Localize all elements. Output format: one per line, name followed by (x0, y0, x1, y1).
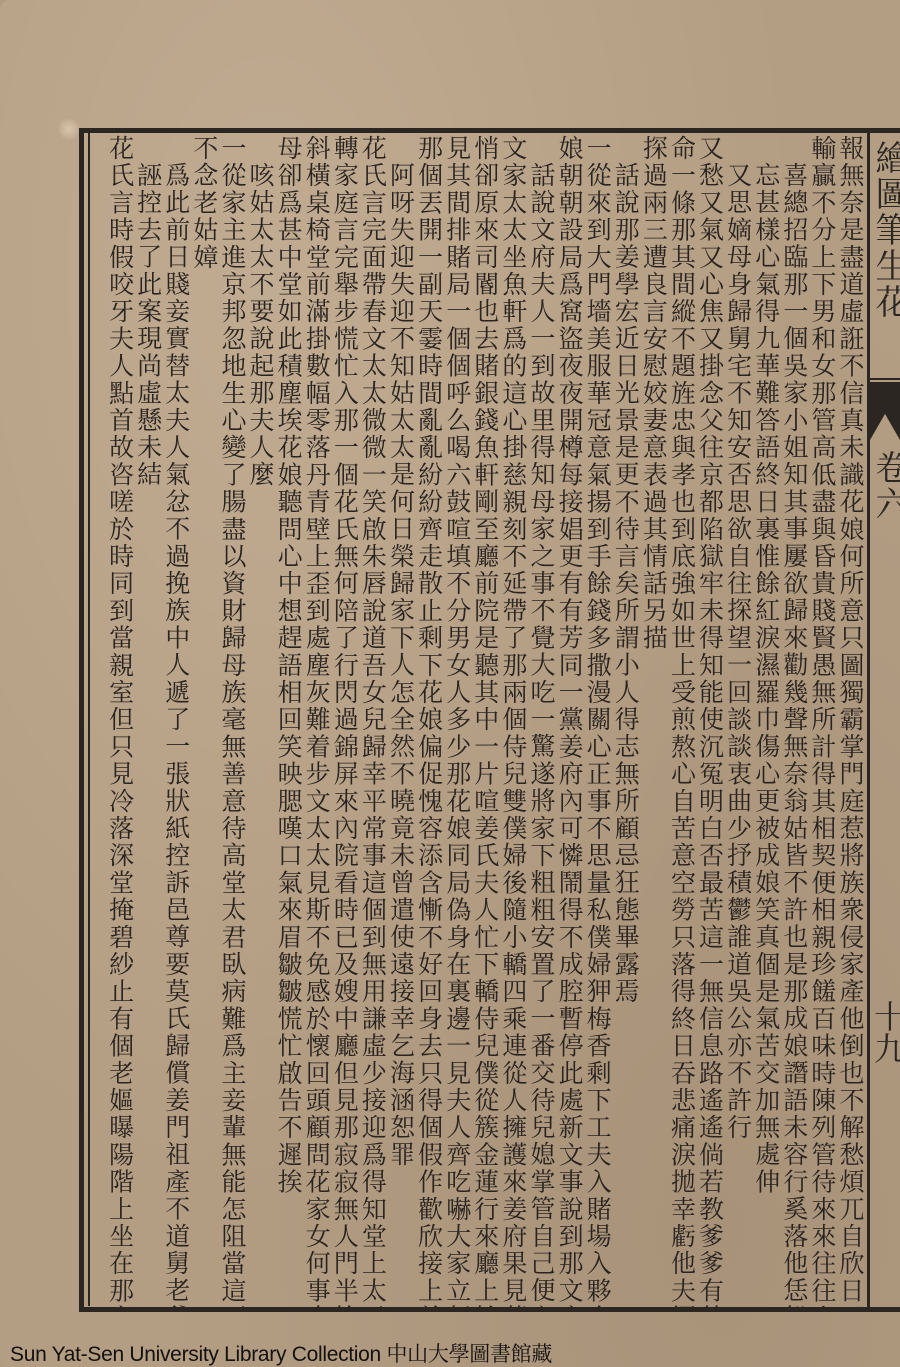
text-column: 輸贏不分上下男和女那管高低盡與昏貴賤賢愚無所計得其相契便相親珍饈百味時陳列管待來… (809, 135, 836, 1307)
page-number: 十九 (872, 1000, 900, 1064)
text-column: 又思嫡母身歸舅宅不知安否思欲自往探望一回談談衷曲少抒積鬱誰道吳公亦不許行 (725, 135, 752, 1307)
text-column: 話說文府夫人一到故里得知母家之事不覺大吃一驚遂將家下粗粗安置了一番交待兒媳掌管自… (528, 135, 555, 1307)
text-column: 不念老姑嫜 (191, 135, 218, 1307)
book-title: 繪圖筆生花 (872, 140, 900, 320)
text-column: 那個丟開一副天霎時間亂亂紛紛齊走散止剩下花娘偏促愧容添含慚不好回身去只得個假作歡… (416, 135, 443, 1307)
text-column: 一從來到大門墻美服華冠意氣揚到手餘錢多撒漫關心正事不思量私僕婦狎梅香剩下工夫入賭… (584, 135, 611, 1307)
text-column: 咳姑太太不要說起那夫人麼 (247, 135, 274, 1307)
text-column: 娘朝朝設局爲窩盜夜夜開樽每接娼更有有芳同一黨姜府內可憐鬧得不成腔暫停此處新文事說… (556, 135, 583, 1307)
text-column: 爲此前日賤妾實替太夫人氣忿不過挽族中人遞了一張狀紙控訴邑尊要莫氏歸償姜門祖產不道… (163, 135, 190, 1307)
library-watermark: Sun Yat-Sen University Library Collectio… (10, 1338, 552, 1367)
binding-hole (58, 118, 80, 140)
text-column: 母卻爲甚中堂如此積塵埃花娘聽問心中想趕語相回笑映腮嘆口氣來眉皺皺慌忙啟告不遲挨 (275, 135, 302, 1307)
vertical-text-body: 報無奈是盡道虛誑不信真未識花娘何所意只圖獨霸掌門庭惹將族衆侵家產他倒也不解愁煩兀… (92, 135, 864, 1307)
text-column: 悄卻原來司閽也去賭銀錢魚軒剛至廳前院是聽其中一片喧姜氏夫人忙下轎侍兒僕從簇金蓮行… (472, 135, 499, 1307)
text-column: 又愁又氣又心焦又掛念父往京都陷獄牢未得知能使沉冤明白否最苦這一無信息路遙遙倘若教… (697, 135, 724, 1307)
text-column: 阿呀失迎失迎不知姑太太是何日榮歸家下人怎全然不曉竟未曾遣使遠接幸乞海涵恕罪 (388, 135, 415, 1307)
text-column: 斜橫桌椅堂前滿掛數幅零落丹青壁上歪到處塵灰難着步文太太見斯不免感於懷回頭顧問花家… (303, 135, 330, 1307)
text-column: 命一條那其間縱不題旌忠與孝也到底強如世上受煎熬心自苦意空勞只落得終日吞悲痛淚拋幸… (668, 135, 695, 1307)
text-column: 忘甚樣心氣得九華難答語終日裏惟餘紅淚濕羅巾傷心更被成娘笑真個是氣苦交加無處伸 (753, 135, 780, 1307)
text-column: 喜總招臨那一個吳家小姐知其事屢欲歸來勸幾聲無奈翁姑皆不許也是那成娘譖語未容行奚落… (781, 135, 808, 1307)
text-column: 轉家庭言完舉步慌忙入那一個花氏無何陪了行閃過錦屏來內院看時已及嫂中廳但見那寂寂無… (331, 135, 358, 1307)
text-column: 誣控去了此案現尚虛懸未結 (135, 135, 162, 1307)
text-column: 話說那姜學宏近日光景是更不待言矣所謂小人得志無所顧忌狂態畢露焉 (612, 135, 639, 1307)
text-column: 一從家主進京邦忽地生心變了腸盡以資財歸母族毫無善意待高堂太君臥病難爲主妾輩無能怎… (219, 135, 246, 1307)
text-column: 文家太太坐魚軒爲的這心掛慈親刻不延帶了那兩個侍兒雙僕婦後隨小轎四乘連從人擁護來姜… (500, 135, 527, 1307)
text-column: 花氏言時假咬牙夫人點首故咨嗟於時同到當親室但只見冷落深堂掩碧紗止有個老嫗曝陽階上… (107, 135, 134, 1307)
text-column: 報無奈是盡道虛誑不信真未識花娘何所意只圖獨霸掌門庭惹將族衆侵家產他倒也不解愁煩兀… (837, 135, 864, 1307)
text-column: 花氏言完面帶春文太太微微一笑啟朱唇說道吾女兒歸幸平常事這個到無用謙虛少接迎爲得知… (359, 135, 386, 1307)
frame-inner-rule (88, 133, 90, 1306)
volume-label: 卷六 (872, 450, 900, 522)
text-column: 見其間排賭局一個個呼么喝六鼓喧填不分男女人多少那花娘同局偽身在裏邊一見夫人齊吃嚇… (444, 135, 471, 1307)
fishtail-rule (870, 378, 900, 380)
text-column: 探過兩三遭良言安慰姣妻意表過其情話另描 (640, 135, 667, 1307)
